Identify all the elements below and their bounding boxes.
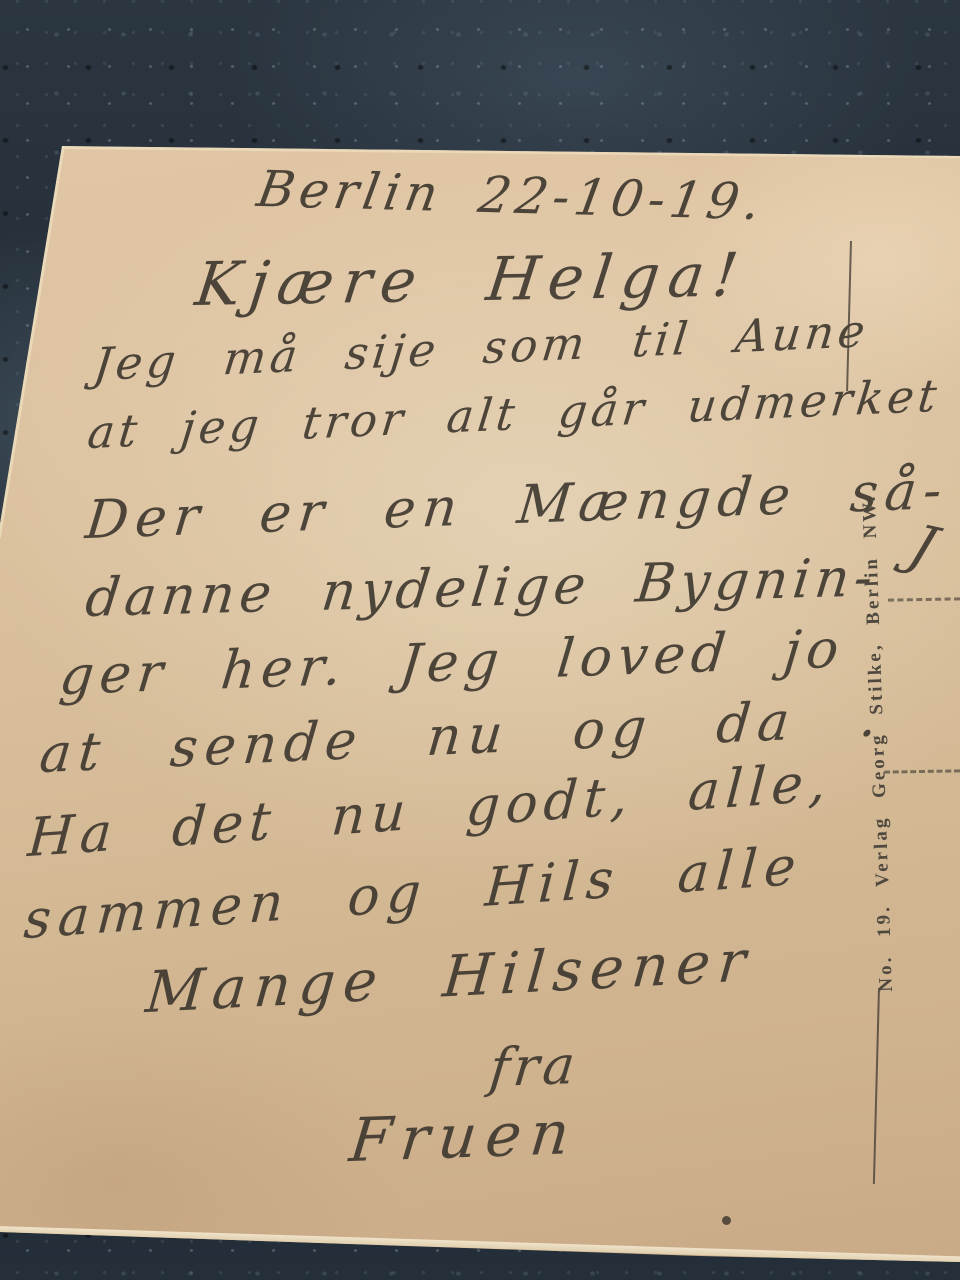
granite-surface-background: Berlin 22-10-19. Kjære Helga! Jeg må sij… — [0, 0, 960, 1280]
postcard: Berlin 22-10-19. Kjære Helga! Jeg må sij… — [0, 0, 960, 1280]
postcard-bottom-edge — [0, 1226, 960, 1264]
handwriting-closing-line-2: fra — [487, 1035, 582, 1099]
postcard-divider-line-lower — [873, 988, 880, 1184]
postcard-top-edge — [62, 146, 960, 158]
handwriting-date-line: Berlin 22-10-19. — [253, 160, 769, 231]
handwriting-address-fragment: J — [901, 514, 945, 580]
handwriting-salutation: Kjære Helga! — [192, 240, 751, 320]
address-ruling-line-1 — [888, 597, 960, 601]
address-ruling-line-2 — [884, 769, 960, 773]
handwriting-body-line-4: danne nydelige Bygnin- — [83, 547, 881, 629]
ink-dot — [722, 1216, 731, 1225]
handwriting-body-line-3: Der er en Mængde så- — [83, 460, 952, 551]
handwriting-closing-line-1: Mange Hilsener — [143, 928, 756, 1026]
handwriting-signature: Fruen — [346, 1098, 581, 1176]
postcard-left-edge — [0, 145, 65, 538]
